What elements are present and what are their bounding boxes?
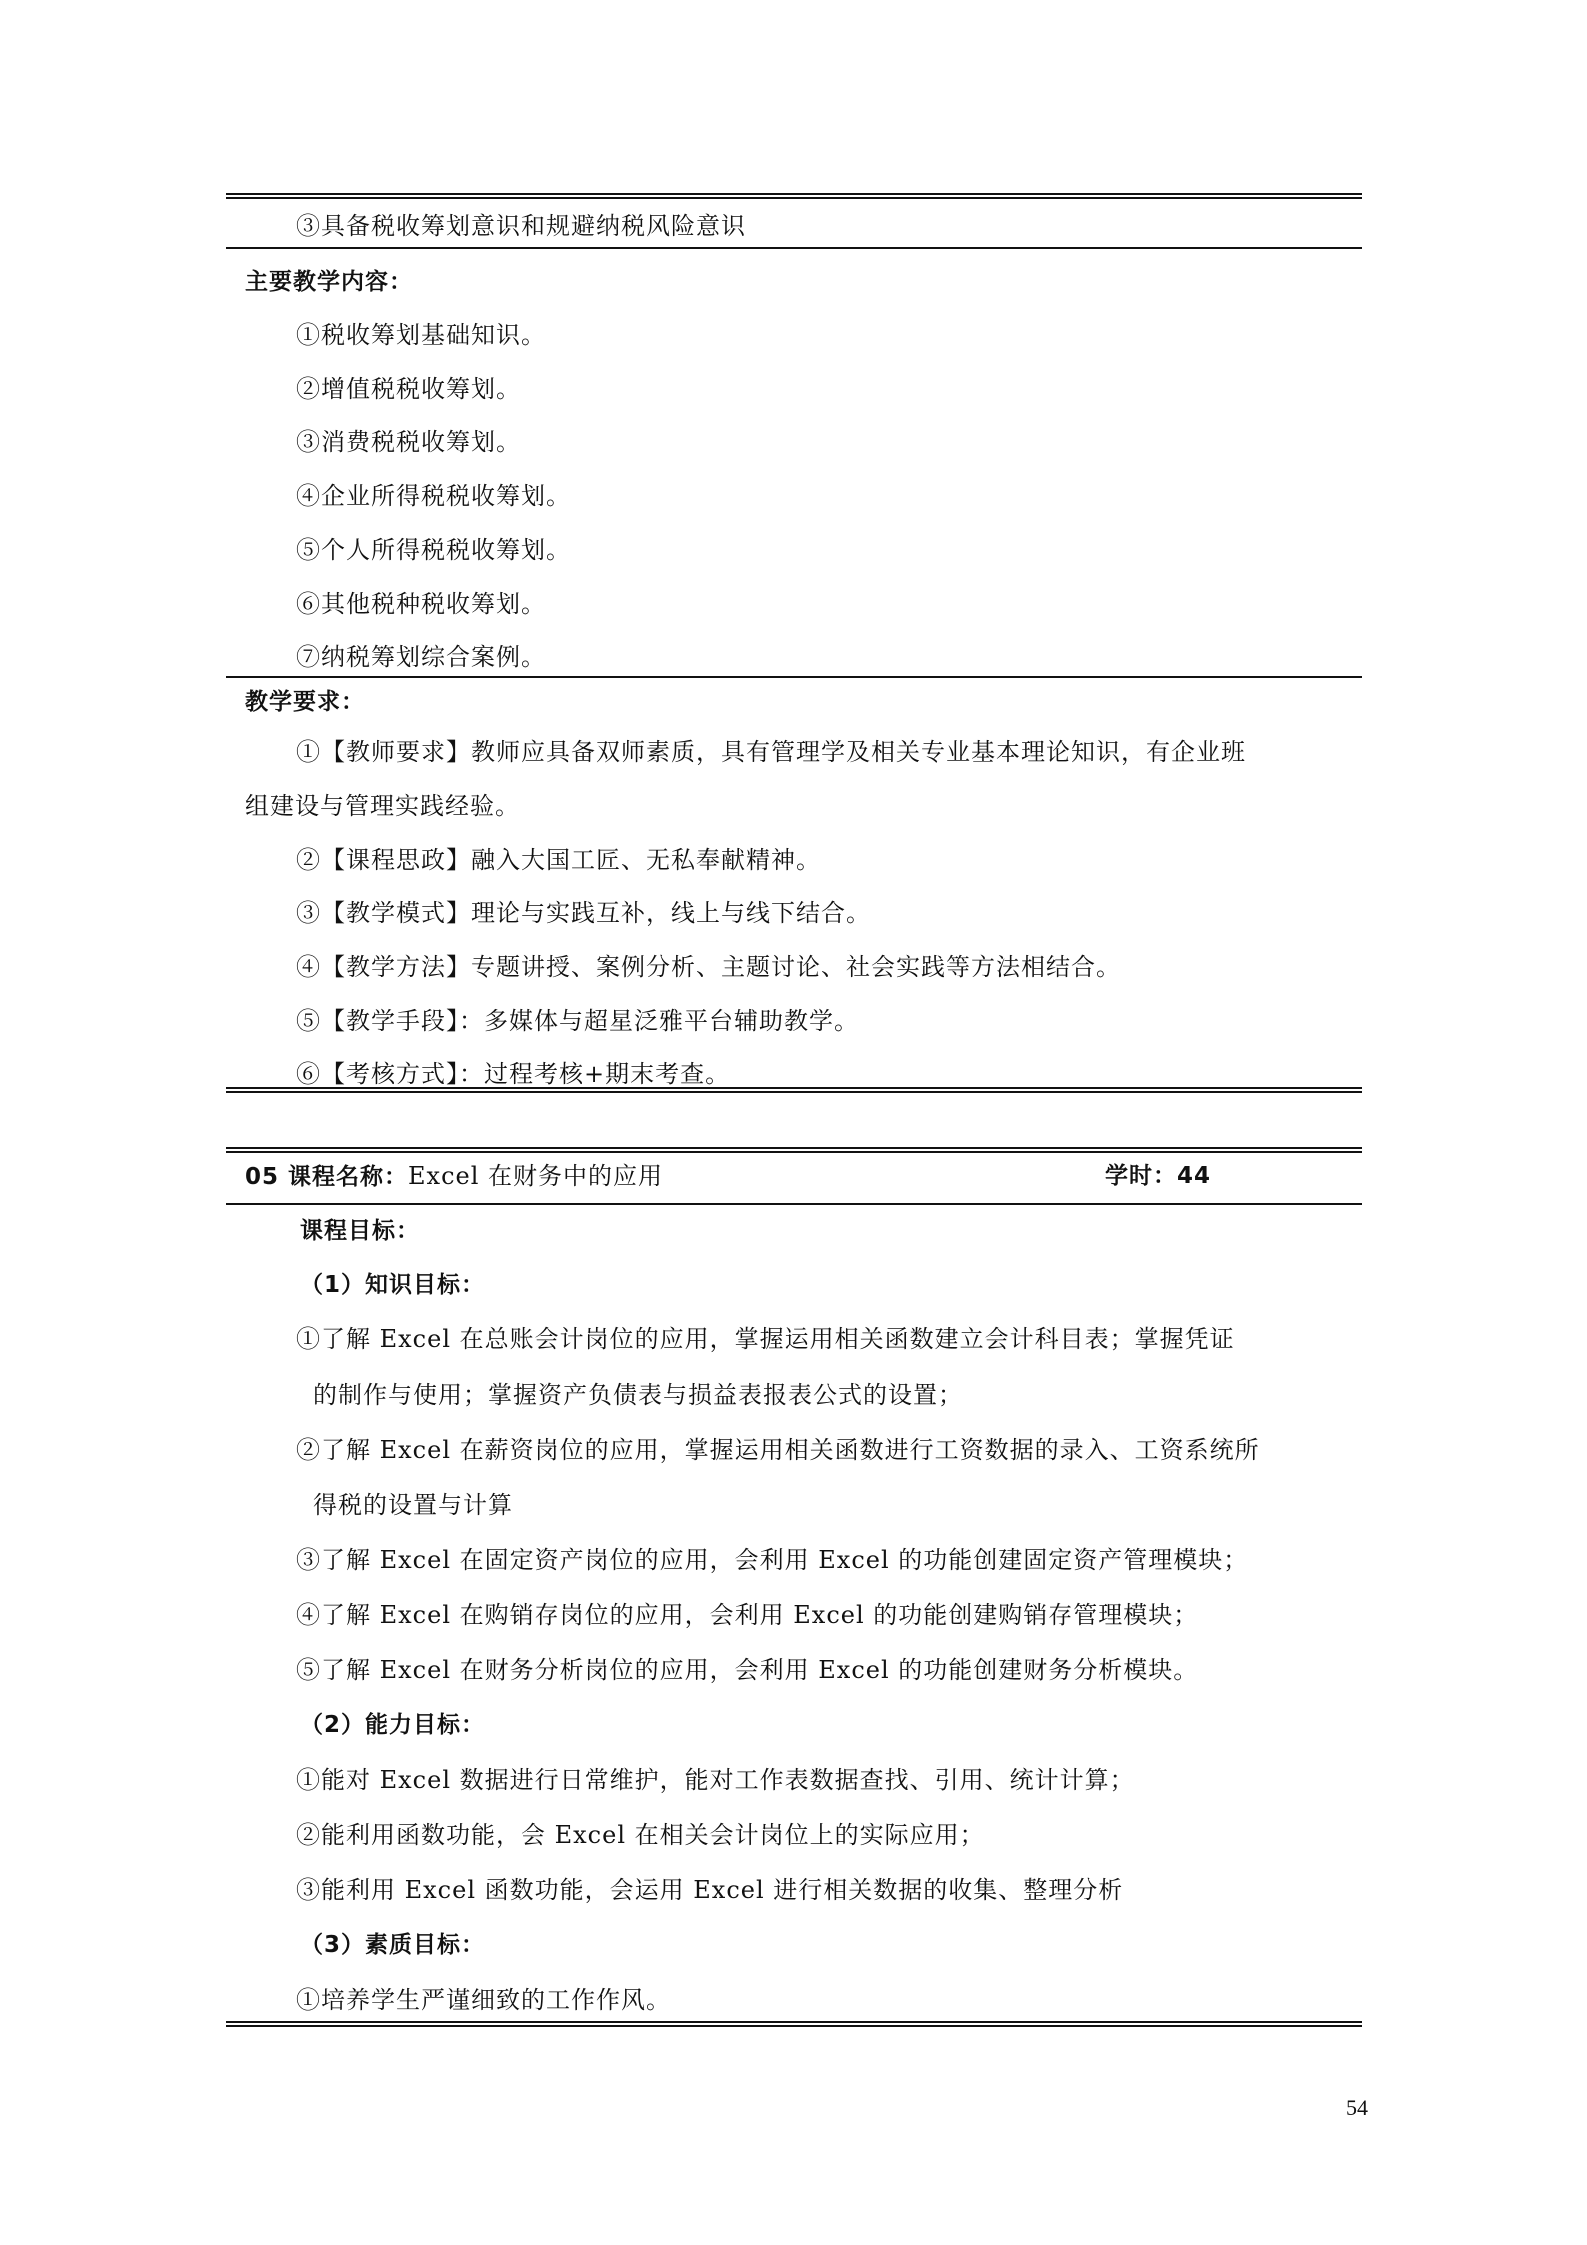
table-top-border — [226, 193, 1362, 199]
page-number: 54 — [1346, 2095, 1368, 2121]
course-name-row: 05 课程名称：Excel 在财务中的应用 — [245, 1161, 663, 1192]
ability-item: ②能利用函数功能，会 Excel 在相关会计岗位上的实际应用； — [296, 1820, 985, 1850]
content-item: ⑦纳税筹划综合案例。 — [296, 642, 546, 672]
ability-item: ①能对 Excel 数据进行日常维护，能对工作表数据查找、引用、统计计算； — [296, 1765, 1135, 1795]
knowledge-item: ③了解 Excel 在固定资产岗位的应用，会利用 Excel 的功能创建固定资产… — [296, 1545, 1248, 1575]
row-divider — [226, 247, 1362, 249]
requirement-item-continued: 组建设与管理实践经验。 — [245, 791, 520, 821]
row-divider — [226, 1203, 1362, 1205]
objective-item: ③具备税收筹划意识和规避纳税风险意识 — [296, 211, 746, 241]
knowledge-item: ①了解 Excel 在总账会计岗位的应用，掌握运用相关函数建立会计科目表；掌握凭… — [296, 1324, 1235, 1354]
knowledge-item-continued: 得税的设置与计算 — [313, 1490, 513, 1520]
knowledge-item: ②了解 Excel 在薪资岗位的应用，掌握运用相关函数进行工资数据的录入、工资系… — [296, 1435, 1260, 1465]
requirements-heading: 教学要求： — [245, 687, 365, 717]
table-bottom-border — [226, 1087, 1362, 1093]
course-hours: 学时：44 — [1105, 1161, 1211, 1191]
requirement-item: ⑤【教学手段】：多媒体与超星泛雅平台辅助教学。 — [296, 1006, 859, 1036]
requirement-item: ①【教师要求】教师应具备双师素质，具有管理学及相关专业基本理论知识，有企业班 — [296, 737, 1246, 767]
knowledge-goals-heading: （1）知识目标： — [300, 1270, 485, 1300]
row-divider — [226, 676, 1362, 678]
knowledge-item-continued: 的制作与使用；掌握资产负债表与损益表报表公式的设置； — [313, 1380, 963, 1410]
requirement-item: ⑥【考核方式】：过程考核+期末考查。 — [296, 1059, 730, 1089]
content-item: ⑥其他税种税收筹划。 — [296, 589, 546, 619]
goals-heading: 课程目标： — [300, 1216, 420, 1246]
course-name-label: 05 课程名称： — [245, 1164, 408, 1190]
content-item: ②增值税税收筹划。 — [296, 374, 521, 404]
quality-item: ①培养学生严谨细致的工作作风。 — [296, 1985, 671, 2015]
document-page: ③具备税收筹划意识和规避纳税风险意识 主要教学内容： ①税收筹划基础知识。 ②增… — [0, 0, 1587, 2245]
ability-goals-heading: （2）能力目标： — [300, 1710, 485, 1740]
table-bottom-border — [226, 2021, 1362, 2027]
content-item: ⑤个人所得税税收筹划。 — [296, 535, 571, 565]
table-top-border — [226, 1147, 1362, 1153]
requirement-item: ②【课程思政】融入大国工匠、无私奉献精神。 — [296, 845, 821, 875]
knowledge-item: ④了解 Excel 在购销存岗位的应用，会利用 Excel 的功能创建购销存管理… — [296, 1600, 1198, 1630]
content-item: ①税收筹划基础知识。 — [296, 320, 546, 350]
ability-item: ③能利用 Excel 函数功能，会运用 Excel 进行相关数据的收集、整理分析 — [296, 1875, 1123, 1905]
requirement-item: ④【教学方法】专题讲授、案例分析、主题讨论、社会实践等方法相结合。 — [296, 952, 1121, 982]
course-name: Excel 在财务中的应用 — [408, 1162, 663, 1190]
content-item: ③消费税税收筹划。 — [296, 427, 521, 457]
content-item: ④企业所得税税收筹划。 — [296, 481, 571, 511]
knowledge-item: ⑤了解 Excel 在财务分析岗位的应用，会利用 Excel 的功能创建财务分析… — [296, 1655, 1198, 1685]
quality-goals-heading: （3）素质目标： — [300, 1930, 485, 1960]
content-heading: 主要教学内容： — [245, 267, 413, 297]
requirement-item: ③【教学模式】理论与实践互补，线上与线下结合。 — [296, 898, 871, 928]
